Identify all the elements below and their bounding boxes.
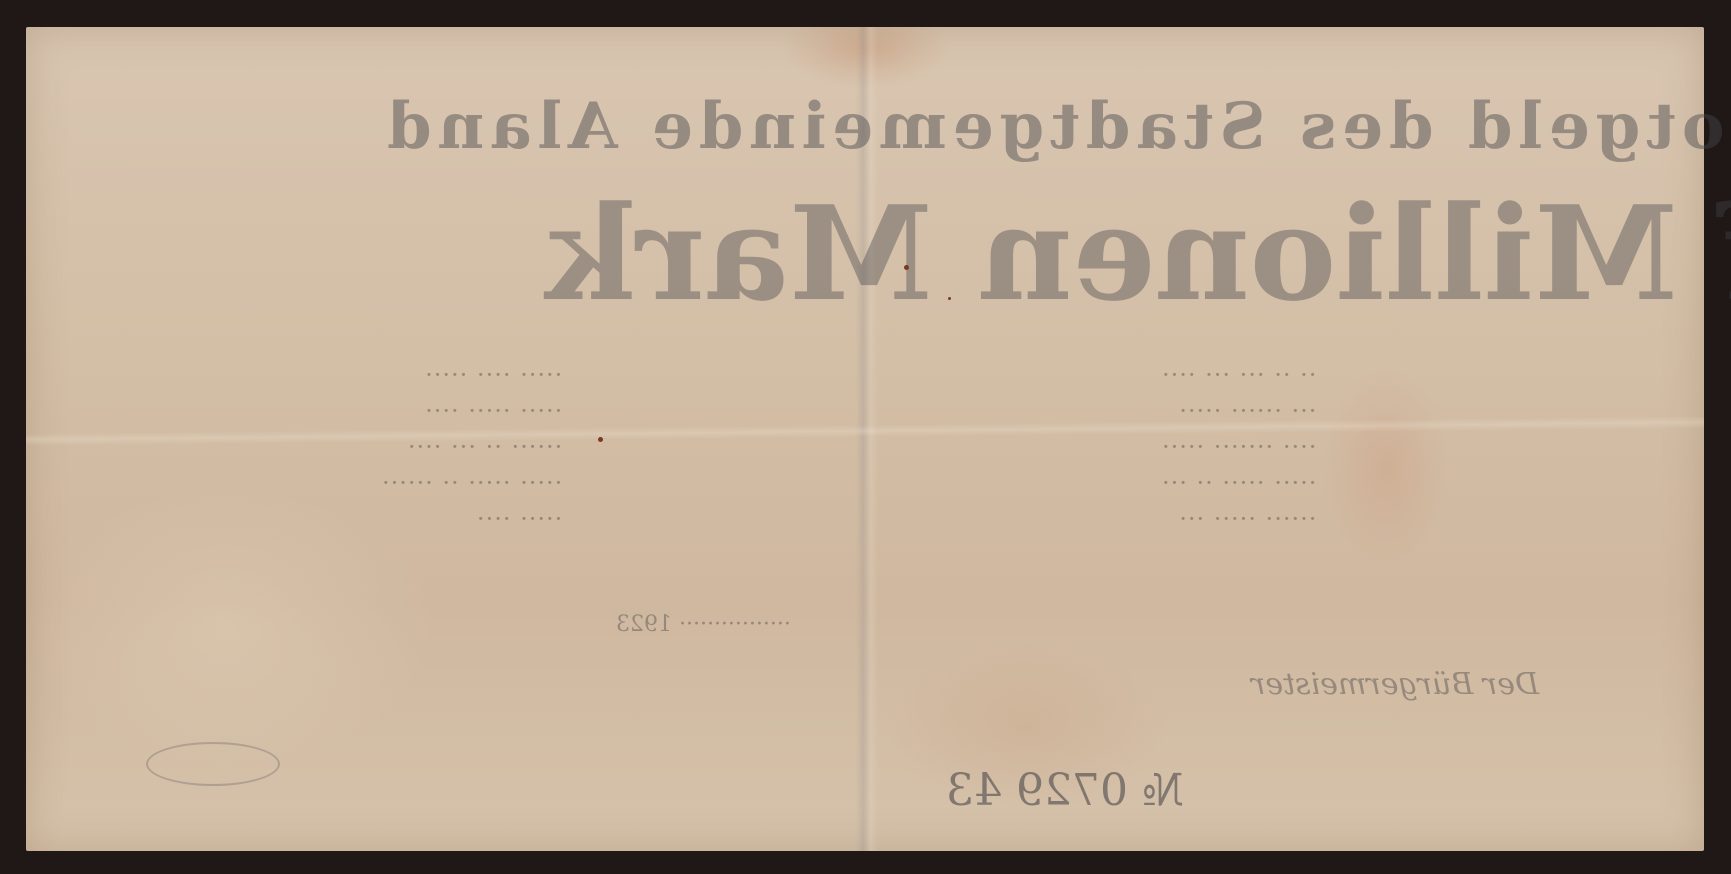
text-line: ····· ····· ·· ······ xyxy=(381,465,562,501)
text-line: ··· ······ ····· xyxy=(1161,393,1316,429)
text-line: ····· ····· ···· xyxy=(381,393,562,429)
faint-oval-stamp xyxy=(146,742,280,786)
showthrough-left-text-block: ····· ···· ····· ····· ····· ···· ······… xyxy=(381,357,562,537)
showthrough-heading-line2: Fünf Millionen Mark xyxy=(546,177,1731,330)
text-line: ····· ···· ····· xyxy=(381,357,562,393)
text-line: ····· ····· ·· ··· xyxy=(1161,465,1316,501)
showthrough-right-text-block: ·· ·· ··· ··· ···· ··· ······ ····· ····… xyxy=(1161,357,1316,537)
text-line: ······ ·· ··· ···· xyxy=(381,429,562,465)
banknote: Notgeld des Stadtgemeinde Aland Fünf Mil… xyxy=(26,27,1704,851)
showthrough-date-line: ················ 1923 xyxy=(616,612,791,637)
rust-spot xyxy=(904,265,909,270)
text-line: ·· ·· ··· ··· ···· xyxy=(1161,357,1316,393)
rust-spot xyxy=(598,437,603,442)
showthrough-serial-number: № 0729 43 xyxy=(946,765,1184,816)
showthrough-heading-line1: Notgeld des Stadtgemeinde Aland xyxy=(381,89,1731,164)
text-line: ···· ······· ····· xyxy=(1161,429,1316,465)
showthrough-signature: Der Bürgermeister xyxy=(1251,667,1539,702)
rust-spot xyxy=(948,297,951,300)
text-line: ······ ····· ··· xyxy=(1161,501,1316,537)
text-line: ····· ···· xyxy=(381,501,562,537)
